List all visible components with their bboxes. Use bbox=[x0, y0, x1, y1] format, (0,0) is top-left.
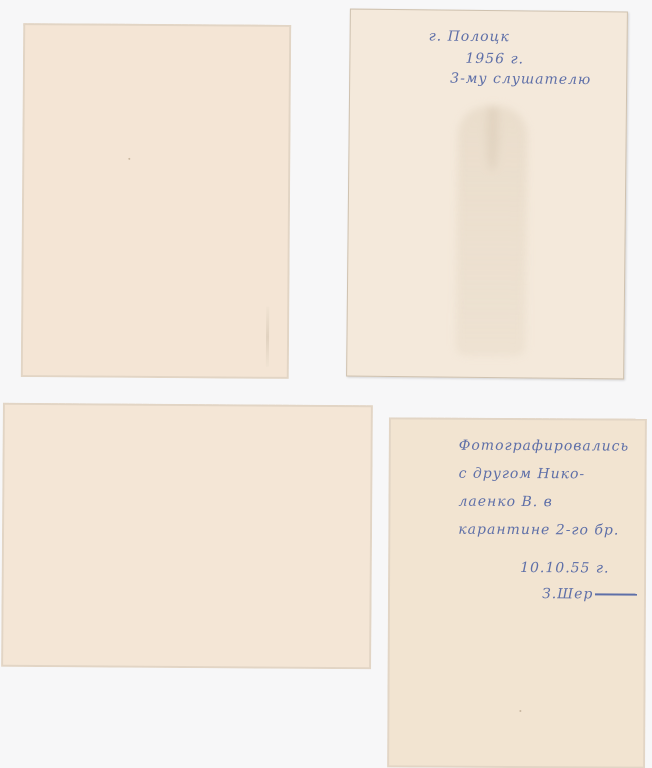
signature-flourish bbox=[595, 593, 637, 595]
paper-speck bbox=[128, 158, 130, 160]
paper-speck bbox=[519, 710, 521, 712]
inscription-line-3: лаенко В. в bbox=[458, 494, 552, 510]
inscription-place: г. Полоцк bbox=[429, 28, 510, 45]
photo-back-top-left bbox=[21, 23, 291, 379]
inscription-line-4: карантине 2-го бр. bbox=[458, 522, 619, 539]
signature-text: З.Шер bbox=[542, 586, 593, 602]
paper-crease bbox=[266, 307, 269, 367]
photo-back-top-right: г. Полоцк 1956 г. 3-му слушателю bbox=[346, 9, 628, 380]
inscription-line-1: Фотографировались bbox=[459, 438, 629, 455]
signature: З.Шер bbox=[542, 586, 637, 602]
photo-back-bottom-left bbox=[1, 403, 373, 670]
inscription-date: 10.10.55 г. bbox=[520, 560, 609, 576]
inscription-year: 1956 г. bbox=[465, 51, 524, 68]
show-through-figure bbox=[455, 106, 528, 357]
inscription-dedication: 3-му слушателю bbox=[450, 71, 591, 88]
photo-back-bottom-right: Фотографировались с другом Нико- лаенко … bbox=[387, 417, 647, 768]
inscription-line-2: с другом Нико- bbox=[459, 466, 586, 483]
